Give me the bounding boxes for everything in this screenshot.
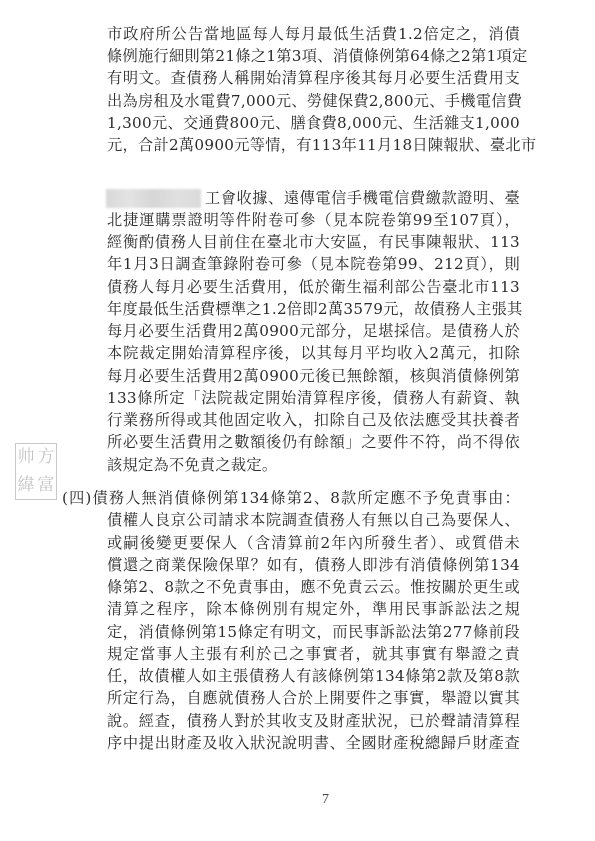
text-line: 條例施行細則第21條之1第3項、消債條例第64條之2第1項定 <box>107 46 520 66</box>
text-line: 工會收據、遠傳電信手機電信費繳款證明、臺 <box>205 188 520 208</box>
text-line: 償還之商業保險保單？如有，債務人即涉有消債條例第134 <box>107 555 520 575</box>
text-line: 所必要生活費用之數額後仍有餘額」之要件不符，尚不得依 <box>107 432 520 452</box>
document-page: 市政府所公告當地區每人每月最低生活費1.2倍定之，消債 條例施行細則第21條之1… <box>0 0 595 841</box>
text-line: 說。經查，債務人對於其收支及財產狀況，已於聲請清算程 <box>107 711 520 731</box>
seal-char: 帅 <box>16 444 36 472</box>
text-line: 條第2、8款之不免責事由，應不免責云云。惟按關於更生或 <box>107 577 520 597</box>
text-line: 每月必要生活費用2萬0900元部分，足堪採信。是債務人於 <box>107 321 520 341</box>
text-line: 清算之程序，除本條例別有規定外，準用民事訴訟法之規 <box>107 599 520 619</box>
text-line: 行業務所得或其他固定收入，扣除自己及依法應受其扶養者 <box>107 410 520 430</box>
text-line: 所定行為，自應就債務人合於上開要件之事實，舉證以實其 <box>107 688 520 708</box>
text-line: 元，合計2萬0900元等情，有113年11月18日陳報狀、臺北市 <box>107 135 520 155</box>
text-line: 1,300元、交通費800元、膳食費8,000元、生活雜支1,000 <box>107 113 520 133</box>
text-line: 出為房租及水電費7,000元、勞健保費2,800元、手機電信費 <box>107 91 520 111</box>
text-line: 規定當事人主張有利於己之事實者，就其事實有舉證之責 <box>107 644 520 664</box>
text-line: 年1月3日調查筆錄附卷可參（見本院卷第99、212頁），則 <box>107 254 520 274</box>
text-line: 或嗣後變更要保人（含清算前2年內所發生者）、或質借未 <box>107 533 520 553</box>
text-line: 序中提出財產及收入狀況說明書、全國財產稅總歸戶財產查 <box>107 733 520 753</box>
page-number: 7 <box>322 792 329 808</box>
section-heading: (四)債務人無消債條例第134條第2、8款所定應不予免責事由： <box>62 488 520 508</box>
text-line: 133條所定「法院裁定開始清算程序後，債務人有薪資、執 <box>107 388 520 408</box>
text-line: 每月必要生活費用2萬0900元後已無餘額，核與消債條例第 <box>107 366 520 386</box>
text-line: 債權人良京公司請求本院調查債務人有無以自己為要保人、 <box>107 510 520 530</box>
text-line: 該規定為不免責之裁定。 <box>107 455 520 475</box>
text-line: 年度最低生活費標準之1.2倍即2萬3579元，故債務人主張其 <box>107 299 520 319</box>
text-line: 本院裁定開始清算程序後，以其每月平均收入2萬元，扣除 <box>107 343 520 363</box>
text-line: 定，消債條例第15條定有明文，而民事訴訟法第277條前段 <box>107 622 520 642</box>
seal-char: 富 <box>36 472 56 500</box>
redacted-region <box>106 189 201 208</box>
text-line: 有明文。查債務人稱開始清算程序後其每月必要生活費用支 <box>107 68 520 88</box>
seal-stamp: 帅 方 緯 富 <box>15 443 57 500</box>
text-line: 債務人每月必要生活費用，低於衛生福利部公告臺北市113 <box>107 277 520 297</box>
text-line: 北捷運購票證明等件附卷可參（見本院卷第99至107頁）， <box>107 210 520 230</box>
text-line: 任，故債權人如主張債務人有該條例第134條第2款及第8款 <box>107 666 520 686</box>
text-line: 經衡酌債務人目前住在臺北市大安區，有民事陳報狀、113 <box>107 232 520 252</box>
seal-char: 緯 <box>16 472 36 500</box>
seal-char: 方 <box>36 444 56 472</box>
text-line: 市政府所公告當地區每人每月最低生活費1.2倍定之，消債 <box>107 24 520 44</box>
